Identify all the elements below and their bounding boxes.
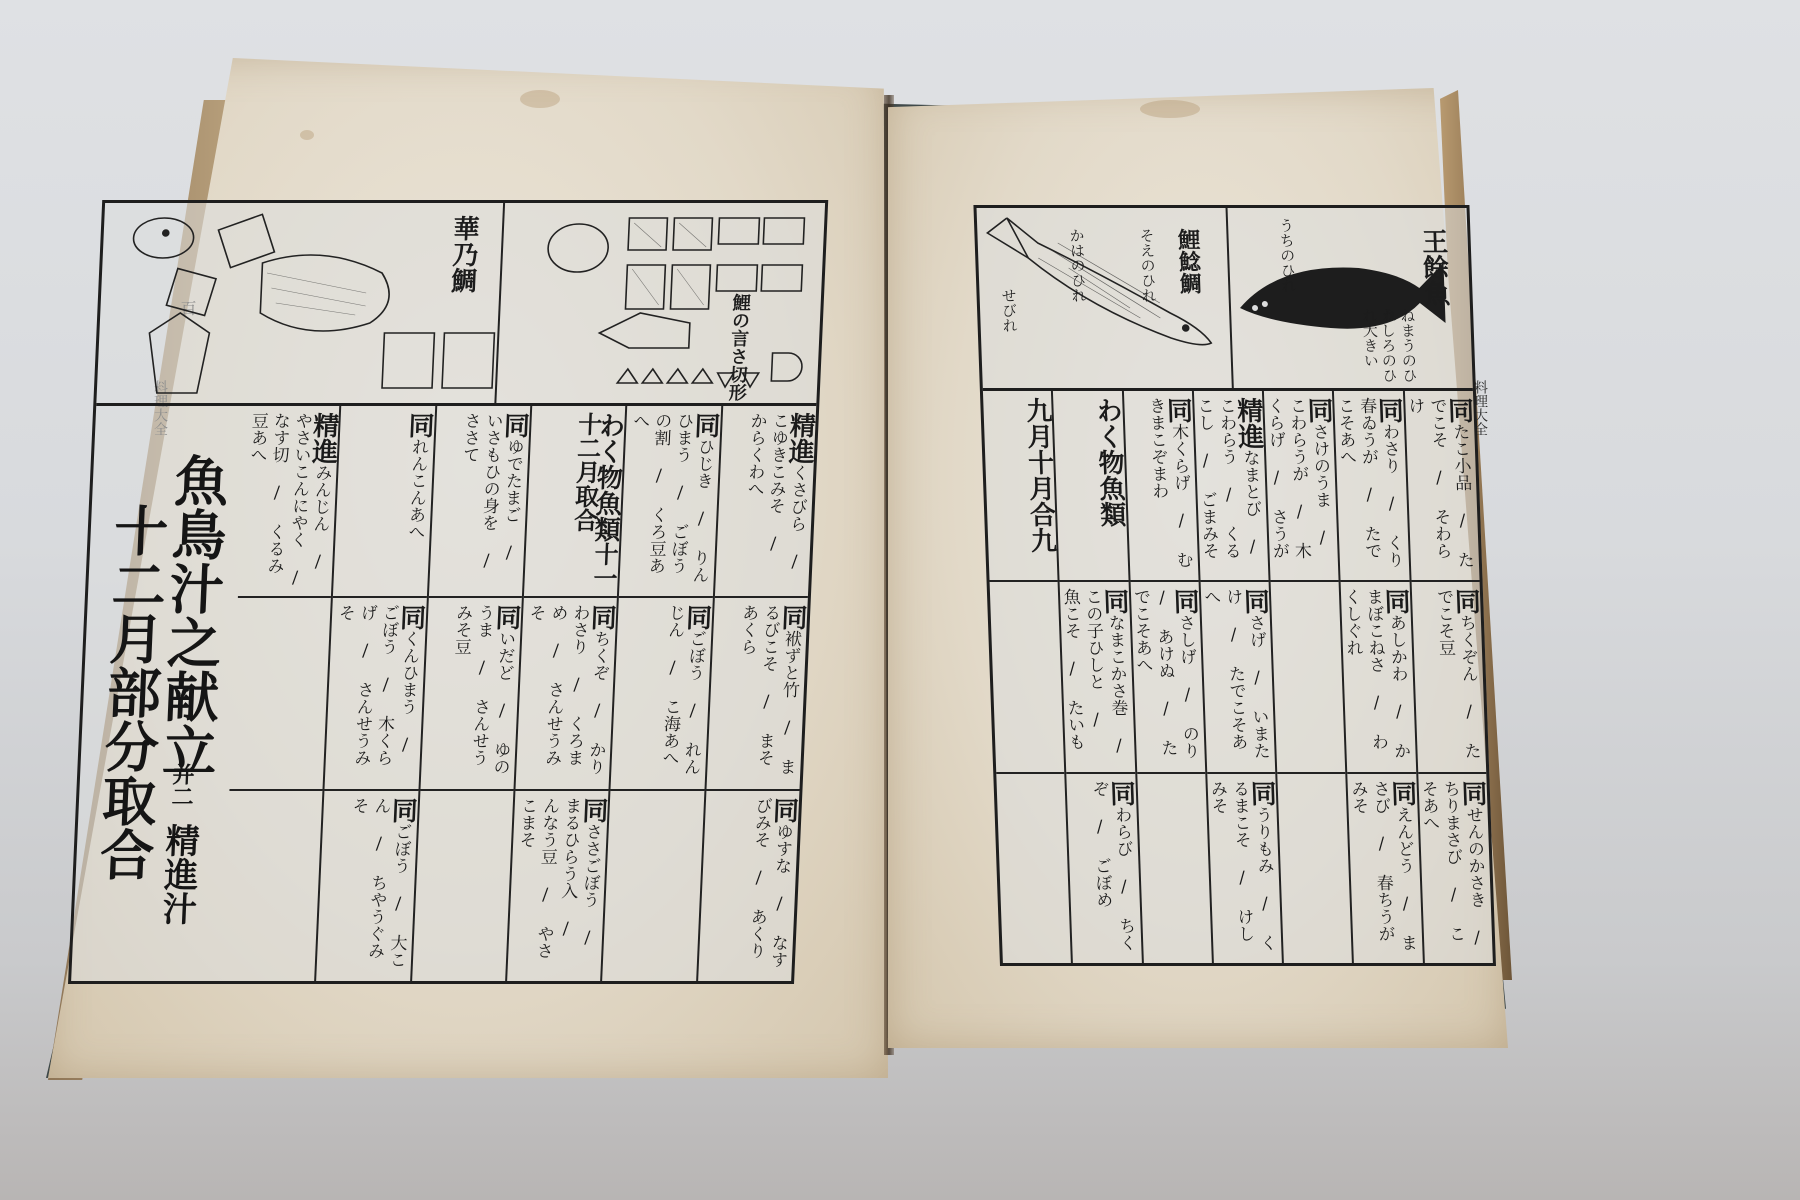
menu-cell <box>996 774 1071 963</box>
fish-note: うちのひれ <box>1277 218 1298 293</box>
menu-section-title: わく物魚類 <box>1053 391 1128 582</box>
menu-cell <box>602 791 704 981</box>
menu-cell: 同えんどう / まさび / 春ちうがみそ <box>1348 774 1423 963</box>
right-page-print-frame: 鯉鯰鯛 王餘魚 かはのひれ せびれ そえのひれ ねまうのひれ うしろのひれ大きい… <box>973 205 1496 966</box>
left-illustration-title: 華乃鯛 <box>446 215 479 293</box>
menu-cell <box>1137 774 1212 963</box>
menu-cell: 同ささごぼう / まるひらう入 / んなう豆 / やさこまそ <box>507 791 609 981</box>
menu-cell <box>221 791 323 981</box>
menu-cell: 同わさり / くり春ゐうが / たでこそあへ <box>1334 391 1409 582</box>
menu-cell: 同ひじき / りんひまう / ごぼうの割 / くろ豆あへ <box>619 406 721 598</box>
menu-cell: 同ちくぞん / たでこそ豆 <box>1411 582 1486 773</box>
left-menu-table: 精進くさびら / こゆきこみそ / からくわへ 同袱ずと竹 / まるびこそ / … <box>221 406 816 981</box>
menu-cell: 同たこ小品 / たでこそ / そわらけ <box>1405 391 1480 582</box>
fish-note: せびれ <box>999 288 1019 333</box>
left-title-line3: 精進汁 <box>156 823 200 925</box>
paper-stain <box>1140 100 1200 118</box>
paper-stain <box>300 130 314 140</box>
left-illustration-caption: 鯉の言さ切形 <box>726 293 749 401</box>
menu-cell: 同うりもみ / くるまこそ / けしみそ <box>1207 774 1282 963</box>
left-illustration-panel: 華乃鯛 鯉の言さ切形 <box>96 203 825 406</box>
right-fish-title-left: 鯉鯰鯛 <box>1172 228 1204 294</box>
menu-cell: 同わらび / ちくぞ / ごぼめ <box>1067 774 1142 963</box>
menu-cell: 精進なまとび / こわらう / くるこし / ごまみそあへ <box>1194 391 1269 582</box>
menu-cell <box>229 598 331 790</box>
fish-note: うしろのひれ大きい <box>1360 308 1399 388</box>
menu-cell: 同ゆすな / なすびみそ / あくり <box>698 791 800 981</box>
left-title-note: 并二 <box>161 763 203 807</box>
menu-cell: 同木くらげ / むきまこぞまわ <box>1124 391 1199 582</box>
menu-cell <box>1277 774 1352 963</box>
menu-month-label: 九月十月合九 <box>983 391 1058 582</box>
menu-cell: 同れんこんあへ <box>333 406 435 598</box>
menu-cell: 同ちくぞ / かりわさり / くろまめ / さんせうみそ <box>515 598 617 790</box>
right-illustration-panel: 鯉鯰鯛 王餘魚 かはのひれ せびれ そえのひれ ねまうのひれ うしろのひれ大きい… <box>977 208 1473 391</box>
menu-cell: 同あしかわ / かまぼこねさ / わくしぐれ <box>1341 582 1416 773</box>
left-page-print-frame: 華乃鯛 鯉の言さ切形 魚鳥汁之献立 十二月部分取合 并二 精進汁 精進くさびら … <box>68 200 828 984</box>
menu-cell: 同ごぼう / れんじん / こ海あへ <box>611 598 713 790</box>
menu-cell: 精進みんじん / やさいこんにやく / なす切 / くるみ豆あへ <box>238 406 340 598</box>
left-main-title: 魚鳥汁之献立 <box>156 453 228 777</box>
menu-cell <box>1271 582 1346 773</box>
fish-note: そえのひれ <box>1137 228 1158 303</box>
menu-cell <box>990 582 1065 773</box>
menu-cell: 同なまこかさ巻 / この子ひしと / 魚こそ / たいもみそ <box>1060 582 1135 773</box>
fish-note: かはのひれ <box>1067 228 1088 303</box>
menu-cell: 同せんのかさき / ちりまさび / こそあへ <box>1418 774 1493 963</box>
menu-cell: 同ごぼう / 大こん / ちやうぐみそ <box>316 791 418 981</box>
menu-cell: 同ゆでたまご / いさもひの身を / ささて <box>429 406 531 598</box>
left-subtitle: 十二月部分取合 <box>93 503 168 881</box>
menu-cell <box>412 791 514 981</box>
menu-section-title: わく物魚類十一十二月取合 <box>524 406 626 598</box>
menu-cell: 同いだど / ゆのうま / さんせうみそ豆 <box>420 598 522 790</box>
menu-cell: 同さけのうま / こわらうが / 木くらげ / さうがみそ <box>1264 391 1339 582</box>
paper-stain <box>520 90 560 108</box>
right-fish-title-right: 王餘魚 <box>1417 228 1450 306</box>
menu-cell: 同さしげ / のり / あけぬ / たでこそあへ <box>1130 582 1205 773</box>
menu-cell: 同袱ずと竹 / まるびこそ / まそあくら <box>706 598 808 790</box>
menu-cell: 精進くさびら / こゆきこみそ / からくわへ <box>715 406 817 598</box>
menu-cell: 同さげ / いまたけ / たでこそあへ <box>1200 582 1275 773</box>
menu-cell: 同くんひまう / ごぼう / 木くらげ / さんせうみそ <box>325 598 427 790</box>
photo-scene: 百 料理大全 <box>0 0 1800 1200</box>
right-menu-table: 同たこ小品 / たでこそ / そわらけ 同ちくぞん / たでこそ豆 同せんのかさ… <box>983 391 1493 963</box>
